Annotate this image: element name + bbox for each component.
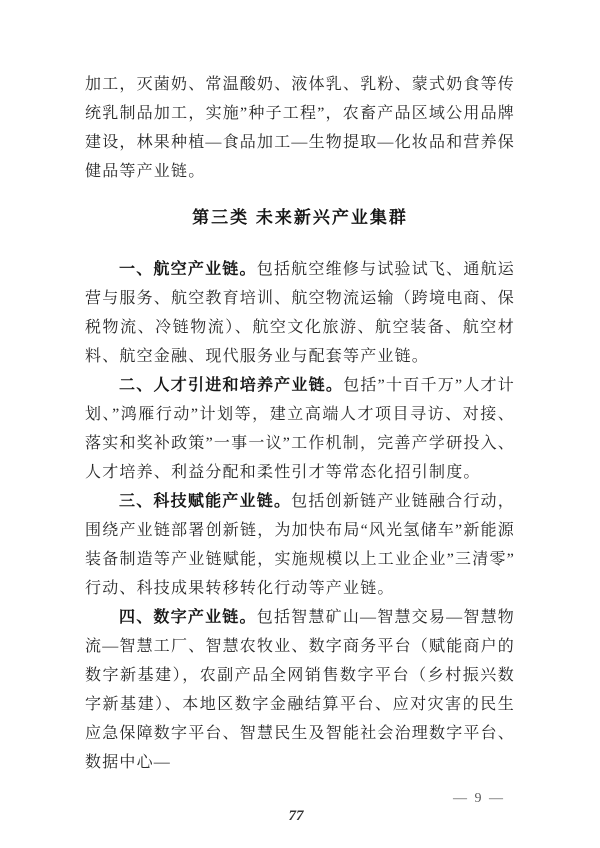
paragraph-digital-chain-lead: 四、数字产业链。 <box>119 609 257 626</box>
continuation-paragraph-text: 加工，灭菌奶、常温酸奶、液体乳、乳粉、蒙式奶食等传统乳制品加工，实施”种子工程”… <box>85 76 515 180</box>
paragraph-tech-chain: 三、科技赋能产业链。包括创新链产业链融合行动，围绕产业链部署创新链，为加快布局“… <box>85 487 515 603</box>
paragraph-aviation-chain: 一、航空产业链。包括航空维修与试验试飞、通航运营与服务、航空教育培训、航空物流运… <box>85 255 515 371</box>
sheet-number-label: 77 <box>0 808 592 825</box>
paragraph-digital-chain-body: 包括智慧矿山—智慧交易—智慧物流—智慧工厂、智慧农牧业、数字商务平台（赋能商户的… <box>85 609 515 771</box>
paragraph-talent-chain-lead: 二、人才引进和培养产业链。 <box>119 377 343 394</box>
page-number-label: — 9 — <box>453 791 505 807</box>
document-page: 加工，灭菌奶、常温酸奶、液体乳、乳粉、蒙式奶食等传统乳制品加工，实施”种子工程”… <box>0 0 600 848</box>
paragraph-talent-chain: 二、人才引进和培养产业链。包括”十百千万”人才计划、”鸿雁行动”计划等，建立高端… <box>85 371 515 487</box>
paragraph-tech-chain-lead: 三、科技赋能产业链。 <box>119 493 291 510</box>
continuation-paragraph: 加工，灭菌奶、常温酸奶、液体乳、乳粉、蒙式奶食等传统乳制品加工，实施”种子工程”… <box>85 70 515 186</box>
document-body: 加工，灭菌奶、常温酸奶、液体乳、乳粉、蒙式奶食等传统乳制品加工，实施”种子工程”… <box>85 70 515 777</box>
section-heading: 第三类 未来新兴产业集群 <box>85 203 515 232</box>
paragraph-digital-chain: 四、数字产业链。包括智慧矿山—智慧交易—智慧物流—智慧工厂、智慧农牧业、数字商务… <box>85 603 515 777</box>
paragraph-aviation-chain-lead: 一、航空产业链。 <box>119 261 257 278</box>
